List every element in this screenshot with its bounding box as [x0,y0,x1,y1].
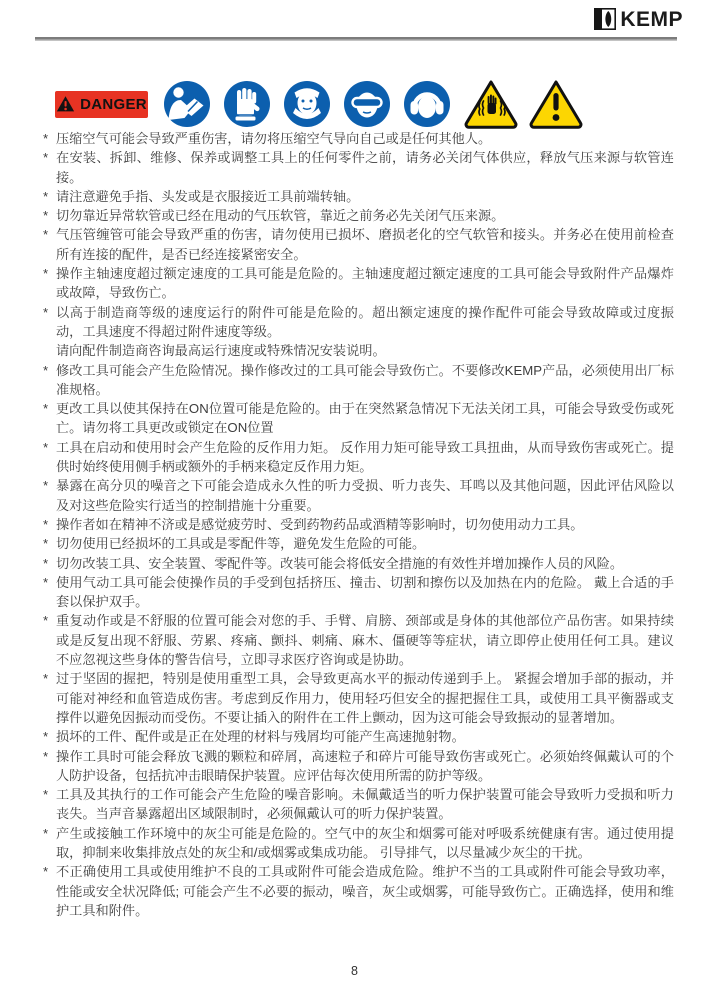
safety-warning-item: *过于坚固的握把，特别是使用重型工具，会导致更高水平的振动传递到手上。 紧握会增… [43,669,674,727]
warning-text: 在安装、拆卸、维修、保养或调整工具上的任何零件之前，请务必关闭气体供应，释放气压… [56,148,674,187]
safety-warning-item: *工具在启动和使用时会产生危险的反作用力矩。 反作用力矩可能导致工具扭曲，从而导… [43,438,674,477]
bullet-marker: * [43,785,56,824]
warning-text: 以高于制造商等级的速度运行的附件可能是危险的。超出额定速度的操作配件可能会导致故… [56,303,674,342]
safety-warning-item: *气压管缠管可能会导致严重的伤害，请勿使用已损坏、磨损老化的空气软管和接头。并务… [43,225,674,264]
safety-warning-item: *更改工具以使其保持在ON位置可能是危险的。由于在突然紧急情况下无法关闭工具，可… [43,399,674,438]
safety-warning-item: *请注意避免手指、头发或是衣服接近工具前端转轴。 [43,187,674,206]
safety-warning-item: *不正确使用工具或使用维护不良的工具或附件可能会造成危险。维护不当的工具或附件可… [43,862,674,920]
safety-warning-item-continuation: 请向配件制造商咨询最高运行速度或特殊情况安装说明。 [43,341,674,360]
bullet-marker: * [43,264,56,303]
warning-text: 修改工具可能会产生危险情况。操作修改过的工具可能会导致伤亡。不要修改KEMP产品… [56,361,674,400]
bullet-marker: * [43,862,56,920]
bullet-marker: * [43,187,56,206]
warning-text: 操作者如在精神不济或是感觉疲劳时、受到药物药品或酒精等影响时，切勿使用动力工具。 [56,515,674,534]
warning-text: 请注意避免手指、头发或是衣服接近工具前端转轴。 [56,187,674,206]
wear-ear-protection-icon [403,80,451,128]
wear-face-shield-icon [283,80,331,128]
bullet-marker: * [43,727,56,746]
bullet-marker: * [43,399,56,438]
safety-warning-item: *损坏的工件、配件或是正在处理的材料与残屑均可能产生高速抛射物。 [43,727,674,746]
bullet-marker: * [43,361,56,400]
warning-text: 暴露在高分贝的噪音之下可能会造成永久性的听力受损、听力丧失、耳鸣以及其他问题，因… [56,476,674,515]
safety-warning-item: *使用气动工具可能会使操作员的手受到包括挤压、撞击、切割和擦伤以及加热在内的危险… [43,573,674,612]
danger-banner: DANGER [55,91,148,118]
warning-text: 工具及其执行的工作可能会产生危险的噪音影响。未佩戴适当的听力保护装置可能会导致听… [56,785,674,824]
safety-warning-item: *工具及其执行的工作可能会产生危险的噪音影响。未佩戴适当的听力保护装置可能会导致… [43,785,674,824]
general-warning-icon [528,79,584,129]
kemp-logo-icon [594,8,616,30]
warning-text: 切勿靠近异常软管或已经在甩动的气压软管，靠近之前务必先关闭气压来源。 [56,206,674,225]
bullet-marker: * [43,669,56,727]
safety-warning-item: *以高于制造商等级的速度运行的附件可能是危险的。超出额定速度的操作配件可能会导致… [43,303,674,342]
warning-text: 重复动作或是不舒服的位置可能会对您的手、手臂、肩膀、颈部或是身体的其他部位产品伤… [56,611,674,669]
warning-text: 工具在启动和使用时会产生危险的反作用力矩。 反作用力矩可能导致工具扭曲，从而导致… [56,438,674,477]
warning-text: 切勿改装工具、安全装置、零配件等。改装可能会将低安全措施的有效性并增加操作人员的… [56,554,674,573]
safety-warning-item: *压缩空气可能会导致严重伤害，请勿将压缩空气导向自己或是任何其他人。 [43,129,674,148]
bullet-marker: * [43,515,56,534]
warning-text: 气压管缠管可能会导致严重的伤害，请勿使用已损坏、磨损老化的空气软管和接头。并务必… [56,225,674,264]
bullet-marker: * [43,206,56,225]
bullet-marker: * [43,824,56,863]
safety-warning-item: *操作者如在精神不济或是感觉疲劳时、受到药物药品或酒精等影响时，切勿使用动力工具… [43,515,674,534]
bullet-marker: * [43,225,56,264]
header-divider [35,37,677,41]
danger-warning-icon [56,95,75,113]
warning-text: 不正确使用工具或使用维护不良的工具或附件可能会造成危险。维护不当的工具或附件可能… [56,862,674,920]
safety-warning-item: *操作工具时可能会释放飞溅的颗粒和碎屑，高速粒子和碎片可能导致伤害或死亡。必须始… [43,747,674,786]
safety-warning-item: *操作主轴速度超过额定速度的工具可能是危险的。主轴速度超过额定速度的工具可能会导… [43,264,674,303]
read-manual-icon [163,80,211,128]
kemp-logo: KEMP [594,8,683,30]
warning-text: 过于坚固的握把，特别是使用重型工具，会导致更高水平的振动传递到手上。 紧握会增加… [56,669,674,727]
safety-warning-item: *产生或接触工作环境中的灰尘可能是危险的。空气中的灰尘和烟雾可能对呼吸系统健康有… [43,824,674,863]
warning-text: 产生或接触工作环境中的灰尘可能是危险的。空气中的灰尘和烟雾可能对呼吸系统健康有害… [56,824,674,863]
warning-text: 更改工具以使其保持在ON位置可能是危险的。由于在突然紧急情况下无法关闭工具，可能… [56,399,674,438]
warning-text: 压缩空气可能会导致严重伤害，请勿将压缩空气导向自己或是任何其他人。 [56,129,674,148]
page-number: 8 [0,964,709,978]
bullet-marker: * [43,573,56,612]
warning-text: 切勿使用已经损坏的工具或是零配件等，避免发生危险的可能。 [56,534,674,553]
safety-warning-item: *暴露在高分贝的噪音之下可能会造成永久性的听力受损、听力丧失、耳鸣以及其他问题，… [43,476,674,515]
bullet-marker: * [43,747,56,786]
hand-vibration-warning-icon [463,79,519,129]
warning-text: 操作工具时可能会释放飞溅的颗粒和碎屑，高速粒子和碎片可能导致伤害或死亡。必须始终… [56,747,674,786]
warning-text: 使用气动工具可能会使操作员的手受到包括挤压、撞击、切割和擦伤以及加热在内的危险。… [56,573,674,612]
wear-gloves-icon [223,80,271,128]
bullet-marker: * [43,534,56,553]
safety-warning-list: *压缩空气可能会导致严重伤害，请勿将压缩空气导向自己或是任何其他人。 *在安装、… [43,129,674,920]
safety-icon-row: DANGER [55,78,584,130]
safety-warning-item: *切勿使用已经损坏的工具或是零配件等，避免发生危险的可能。 [43,534,674,553]
bullet-marker: * [43,476,56,515]
manual-page: KEMP DANGER [0,0,709,991]
safety-warning-item: *切勿靠近异常软管或已经在甩动的气压软管，靠近之前务必先关闭气压来源。 [43,206,674,225]
bullet-marker: * [43,438,56,477]
warning-text: 损坏的工件、配件或是正在处理的材料与残屑均可能产生高速抛射物。 [56,727,674,746]
wear-goggles-icon [343,80,391,128]
brand-name: KEMP [620,9,683,30]
safety-warning-item: *切勿改装工具、安全装置、零配件等。改装可能会将低安全措施的有效性并增加操作人员… [43,554,674,573]
danger-label: DANGER [80,97,147,112]
safety-warning-item: *重复动作或是不舒服的位置可能会对您的手、手臂、肩膀、颈部或是身体的其他部位产品… [43,611,674,669]
bullet-marker: * [43,129,56,148]
bullet-marker: * [43,303,56,342]
safety-warning-item: *在安装、拆卸、维修、保养或调整工具上的任何零件之前，请务必关闭气体供应，释放气… [43,148,674,187]
warning-text: 操作主轴速度超过额定速度的工具可能是危险的。主轴速度超过额定速度的工具可能会导致… [56,264,674,303]
safety-warning-item: *修改工具可能会产生危险情况。操作修改过的工具可能会导致伤亡。不要修改KEMP产… [43,361,674,400]
warning-text: 请向配件制造商咨询最高运行速度或特殊情况安装说明。 [56,341,674,360]
bullet-marker: * [43,554,56,573]
bullet-marker: * [43,611,56,669]
bullet-marker [43,341,56,360]
bullet-marker: * [43,148,56,187]
